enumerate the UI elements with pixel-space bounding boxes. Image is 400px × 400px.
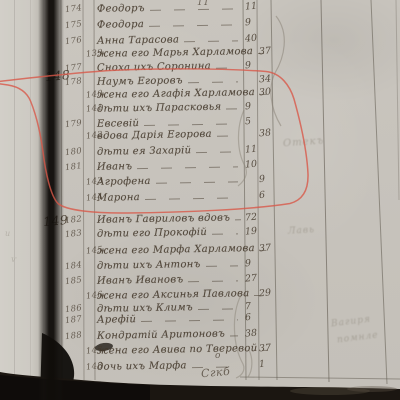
age-column-1: 10 bbox=[245, 159, 258, 171]
entry-name: Евсевій bbox=[97, 118, 139, 130]
dash-leader bbox=[145, 197, 238, 200]
entry-name: дѣти его Прокофій bbox=[97, 227, 207, 240]
male-line-number: 183 bbox=[64, 228, 82, 240]
male-line-number: 185 bbox=[64, 275, 82, 287]
age-column-2: 34 bbox=[259, 73, 272, 85]
entry-name: жена его Авива по Тверевой bbox=[97, 343, 258, 357]
book-spine-shadow bbox=[38, 0, 64, 400]
entry-name: жена его Агафія Харламова bbox=[97, 87, 255, 101]
entry-line: жена его Марья Харламова bbox=[97, 46, 241, 60]
dash-leader bbox=[216, 67, 238, 69]
entry-name: дѣти ихъ Антонъ bbox=[97, 259, 201, 272]
male-line-number: 181 bbox=[64, 161, 82, 173]
age-column-1: 27 bbox=[245, 273, 258, 285]
entry-name: дѣти ея Захарій bbox=[97, 145, 192, 158]
entry-name: Наумъ Егоровъ bbox=[97, 75, 183, 87]
entry-line: вдова Дарія Егорова bbox=[97, 128, 241, 142]
entry-line: Наумъ Егоровъ bbox=[97, 74, 241, 88]
age-column-1: 9 bbox=[244, 258, 251, 269]
entry-name: Иванъ Ивановъ bbox=[97, 274, 184, 287]
age-column-1: 19 bbox=[245, 226, 258, 238]
age-column-1: 5 bbox=[244, 116, 251, 127]
age-column-2: 1 bbox=[258, 359, 265, 370]
age-column-1: 72 bbox=[245, 212, 258, 224]
age-column-2: 37 bbox=[259, 342, 272, 354]
dash-leader bbox=[217, 135, 238, 137]
age-column-1: 7 bbox=[244, 301, 251, 312]
entry-name: Кондратій Аритоновъ bbox=[97, 329, 225, 342]
age-column-1: 38 bbox=[245, 328, 258, 340]
entry-line: жена его Агафія Харламова bbox=[97, 87, 241, 101]
age-column-1: 6 bbox=[244, 312, 251, 323]
dash-leader bbox=[226, 108, 238, 109]
dash-leader bbox=[206, 265, 238, 267]
age-column-2: 37 bbox=[259, 242, 272, 254]
male-line-number: 184 bbox=[64, 260, 82, 272]
entry-name: жена его Марфа Харламова bbox=[97, 243, 255, 257]
age-column-2: 37 bbox=[259, 45, 272, 57]
entry-name: дѣти ихъ Парасковья bbox=[97, 102, 222, 115]
dash-leader bbox=[149, 24, 238, 27]
age-column-1: 9 bbox=[244, 60, 251, 71]
male-line-number: 176 bbox=[64, 35, 82, 47]
entry-name: Феодоръ bbox=[97, 3, 145, 15]
entry-line: дѣти ихъ Антонъ bbox=[97, 258, 241, 272]
age-column-2: 38 bbox=[259, 127, 272, 139]
dash-leader bbox=[156, 181, 238, 184]
entry-line: Арефій bbox=[97, 312, 241, 326]
entry-name: дочь ихъ Марфа bbox=[97, 360, 187, 373]
scanned-register-page: 174Феодоръ11175Феодора9176Анна Тарасова4… bbox=[0, 0, 400, 400]
male-line-number: 179 bbox=[64, 118, 82, 130]
entry-name: вдова Дарія Егорова bbox=[97, 129, 212, 142]
ink-flourish: о bbox=[215, 351, 221, 361]
male-line-number: 175 bbox=[64, 19, 82, 31]
entry-line: дѣти ихъ Парасковья bbox=[97, 101, 241, 115]
age-column-2: 30 bbox=[259, 86, 272, 98]
dash-leader bbox=[196, 151, 238, 153]
age-column-2: 9 bbox=[258, 174, 265, 185]
dash-leader bbox=[198, 308, 238, 310]
entry-name: Иванъ bbox=[97, 161, 132, 173]
male-line-number: 187 bbox=[64, 314, 82, 326]
dash-leader bbox=[188, 280, 238, 282]
dash-leader bbox=[212, 233, 238, 235]
entry-name: Сноха ихъ Соронина bbox=[97, 61, 211, 74]
entry-line: Агрофена bbox=[97, 174, 241, 188]
entry-name: Агрофена bbox=[97, 176, 151, 188]
ink-flourish: 11 bbox=[197, 0, 209, 8]
entry-name: жена его Марья Харламова bbox=[97, 46, 253, 60]
age-column-1: 40 bbox=[245, 33, 258, 45]
ink-flourish: Сгкб bbox=[200, 365, 230, 381]
male-line-number: 188 bbox=[64, 330, 82, 342]
entry-line: дѣти его Прокофій bbox=[97, 226, 241, 240]
entry-line: Анна Тарасова bbox=[97, 33, 241, 47]
entry-name: Анна Тарасова bbox=[97, 34, 179, 46]
entry-line: Феодора bbox=[97, 17, 241, 31]
dash-leader bbox=[184, 40, 238, 42]
entry-line: Иванъ Гавриловъ вдовъ bbox=[97, 212, 241, 226]
entry-name: Феодора bbox=[97, 19, 144, 31]
dash-leader bbox=[230, 335, 238, 336]
entry-name: Иванъ Гавриловъ вдовъ bbox=[97, 212, 230, 225]
age-column-1: 11 bbox=[245, 144, 258, 156]
dash-leader bbox=[235, 219, 241, 220]
dash-leader bbox=[137, 166, 238, 169]
entry-line: Кондратій Аритоновъ bbox=[97, 328, 241, 342]
entry-name: жена его Аксинья Павлова bbox=[97, 288, 250, 302]
dash-leader bbox=[188, 81, 238, 83]
entry-line: дѣти ея Захарій bbox=[97, 144, 241, 158]
age-column-1: 11 bbox=[245, 1, 258, 13]
entry-line: жена его Марфа Харламова bbox=[97, 243, 241, 257]
dash-leader bbox=[150, 8, 238, 11]
entry-line: Иванъ bbox=[97, 159, 241, 173]
age-column-2: 29 bbox=[259, 287, 272, 299]
age-column-1: 9 bbox=[244, 101, 251, 112]
age-column-2: 6 bbox=[258, 190, 265, 201]
age-column-1: 9 bbox=[244, 17, 251, 28]
entry-line: Марона bbox=[97, 190, 241, 204]
male-line-number: 180 bbox=[64, 146, 82, 158]
male-line-number: 174 bbox=[64, 3, 82, 15]
entry-name: Арефій bbox=[97, 314, 136, 326]
entry-line: Феодоръ bbox=[97, 1, 241, 15]
pencil-marginalia: Лавь bbox=[288, 225, 316, 236]
entry-name: Марона bbox=[97, 192, 140, 204]
dash-leader bbox=[144, 123, 238, 126]
dash-leader bbox=[141, 319, 238, 322]
entry-line: Иванъ Ивановъ bbox=[97, 273, 241, 287]
entry-line: жена его Аксинья Павлова bbox=[97, 288, 241, 302]
entry-line: Сноха ихъ Соронина bbox=[97, 60, 241, 74]
